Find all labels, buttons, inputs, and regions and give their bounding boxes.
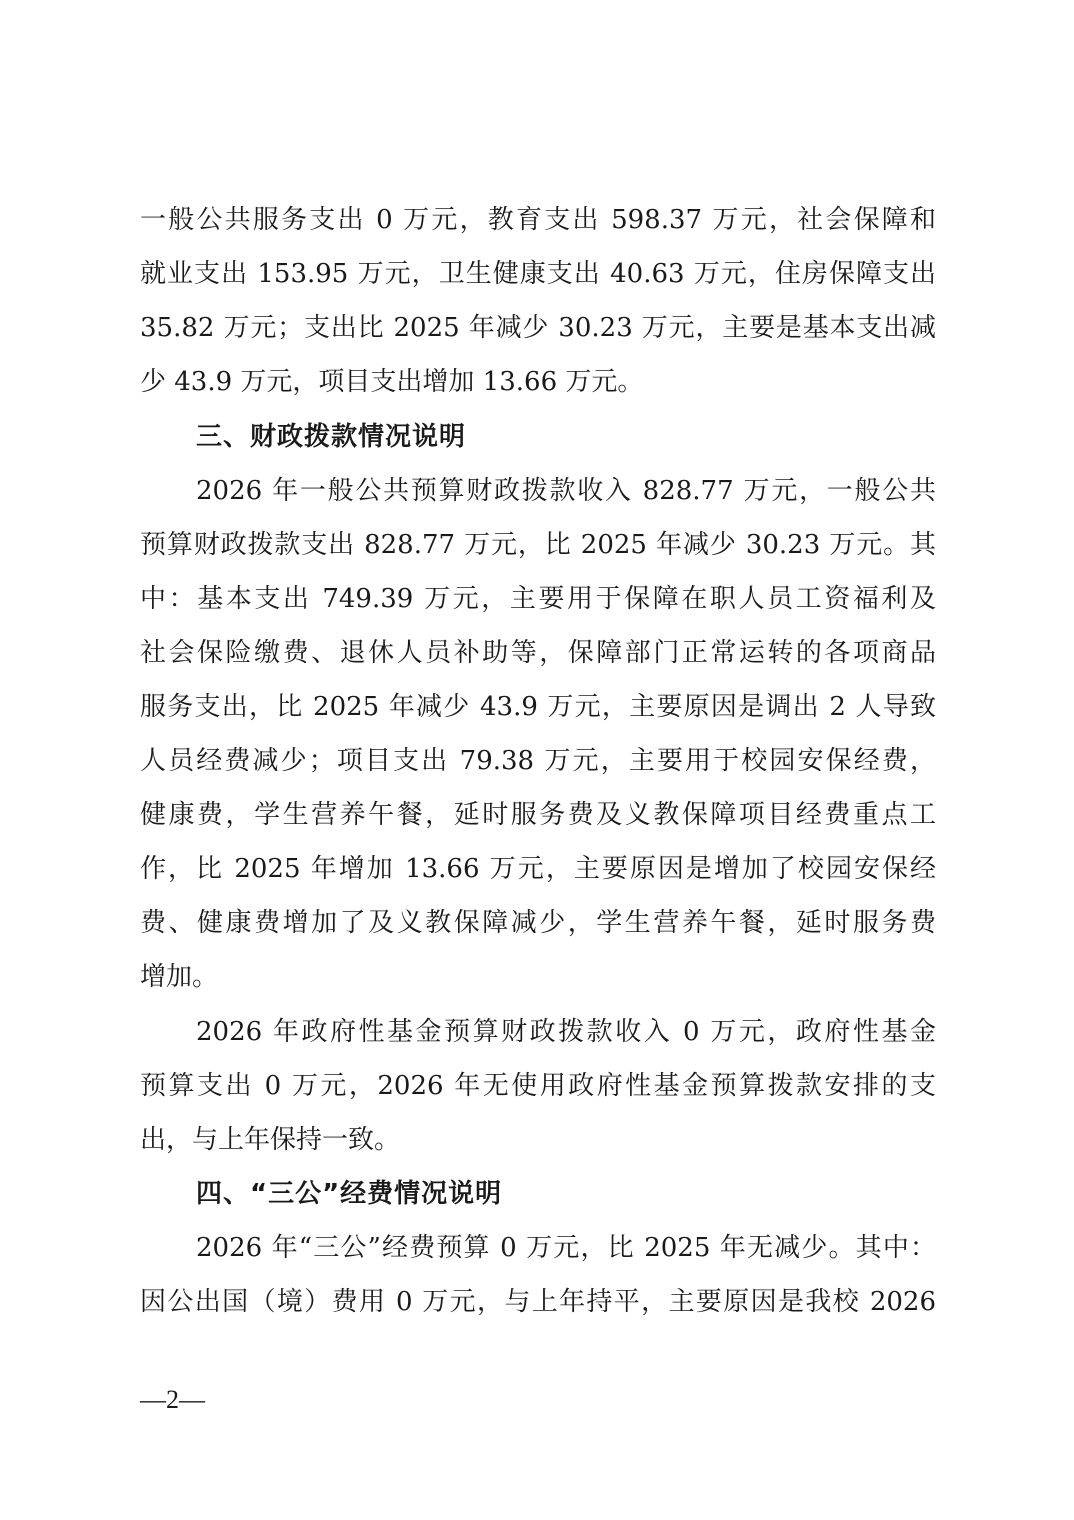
body-text-line: 健康费，学生营养午餐，延时服务费及义教保障项目经费重点工 xyxy=(140,795,936,835)
body-text-line: 费、健康费增加了及义教保障减少，学生营养午餐，延时服务费 xyxy=(140,903,936,943)
body-text-line: 2026 年政府性基金预算财政拨款收入 0 万元，政府性基金 xyxy=(196,1012,936,1052)
body-text-line: 作，比 2025 年增加 13.66 万元，主要原因是增加了校园安保经 xyxy=(140,849,936,889)
body-text-line: 少 43.9 万元，项目支出增加 13.66 万元。 xyxy=(140,362,936,402)
document-page: 一般公共服务支出 0 万元，教育支出 598.37 万元，社会保障和 就业支出 … xyxy=(0,0,1074,1520)
body-text-line: 一般公共服务支出 0 万元，教育支出 598.37 万元，社会保障和 xyxy=(140,200,936,240)
body-text-line: 就业支出 153.95 万元，卫生健康支出 40.63 万元，住房保障支出 xyxy=(140,254,936,294)
section-heading-three-public-expenses: 四、“三公”经费情况说明 xyxy=(196,1174,502,1214)
body-text-line: 出，与上年保持一致。 xyxy=(140,1120,936,1160)
body-text-line: 增加。 xyxy=(140,957,936,997)
body-text-line: 中：基本支出 749.39 万元，主要用于保障在职人员工资福利及 xyxy=(140,579,936,619)
body-text-line: 人员经费减少；项目支出 79.38 万元，主要用于校园安保经费， xyxy=(140,741,936,781)
body-text-line: 因公出国（境）费用 0 万元，与上年持平，主要原因是我校 2026 xyxy=(140,1282,936,1322)
body-text-line: 预算财政拨款支出 828.77 万元，比 2025 年减少 30.23 万元。其 xyxy=(140,525,936,565)
body-text-line: 社会保险缴费、退休人员补助等，保障部门正常运转的各项商品 xyxy=(140,633,936,673)
page-number: —2— xyxy=(140,1380,205,1420)
body-text-line: 2026 年一般公共预算财政拨款收入 828.77 万元，一般公共 xyxy=(196,471,936,511)
body-text-line: 服务支出，比 2025 年减少 43.9 万元，主要原因是调出 2 人导致 xyxy=(140,687,936,727)
section-heading-fiscal-appropriation: 三、财政拨款情况说明 xyxy=(196,417,466,457)
body-text-line: 预算支出 0 万元，2026 年无使用政府性基金预算拨款安排的支 xyxy=(140,1066,936,1106)
body-text-line: 2026 年“三公”经费预算 0 万元，比 2025 年无减少。其中： xyxy=(196,1228,936,1268)
body-text-line: 35.82 万元；支出比 2025 年减少 30.23 万元，主要是基本支出减 xyxy=(140,308,936,348)
